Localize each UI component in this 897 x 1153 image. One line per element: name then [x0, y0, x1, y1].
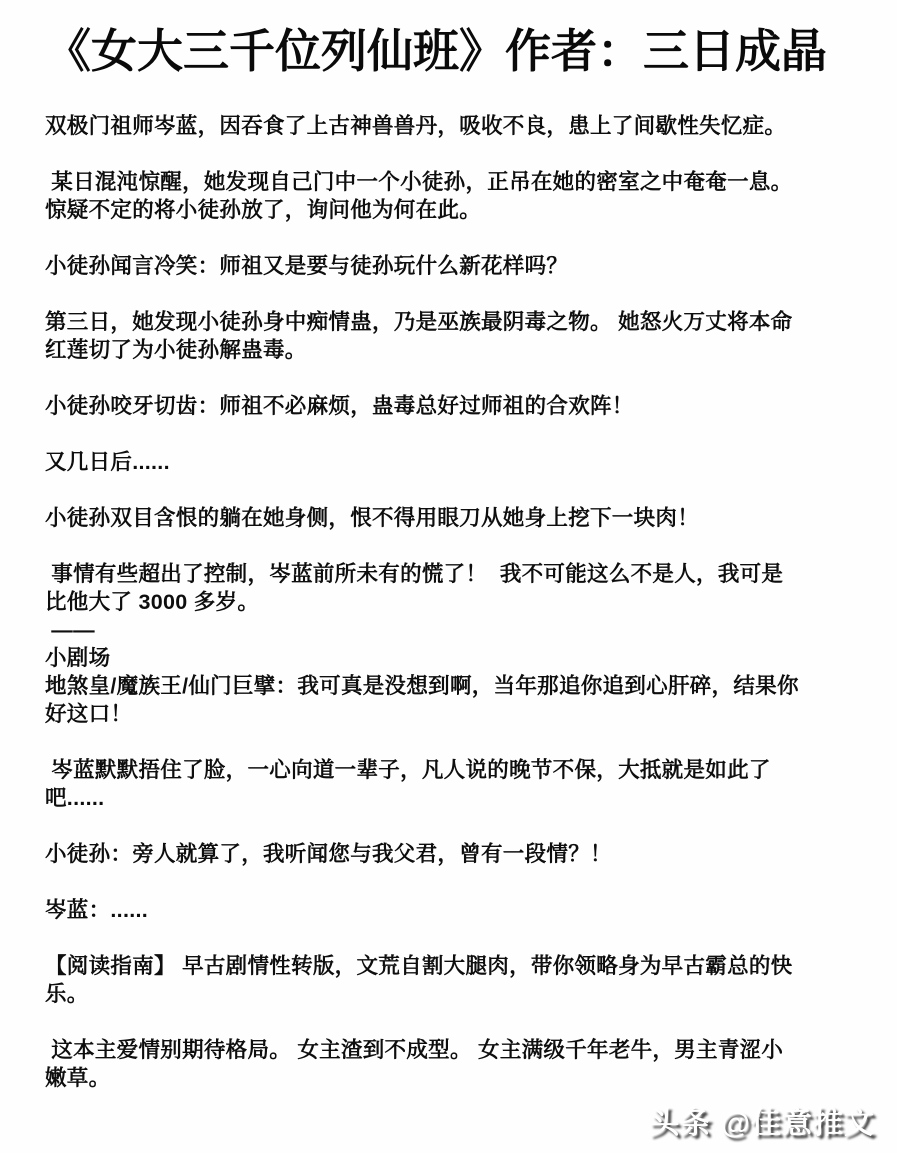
story-paragraph: 小徒孙双目含恨的躺在她身侧，恨不得用眼刀从她身上挖下一块肉！ [45, 504, 827, 532]
paragraph-line: 【阅读指南】 早古剧情性转版，文荒自割大腿肉，带你领略身为早古霸总的快 [45, 952, 827, 980]
paragraph-line: —— [45, 616, 827, 644]
story-body: 双极门祖师岑蓝，因吞食了上古神兽兽丹，吸收不良，患上了间歇性失忆症。 某日混沌惊… [45, 112, 827, 1092]
paragraph-line: 吧...... [45, 784, 827, 812]
paragraph-line: 小徒孙咬牙切齿：师祖不必麻烦，蛊毒总好过师祖的合欢阵！ [45, 392, 827, 420]
story-paragraph: 这本主爱情别期待格局。 女主渣到不成型。 女主满级千年老牛，男主青涩小嫩草。 [45, 1036, 827, 1092]
story-paragraph: 岑蓝：...... [45, 896, 827, 924]
story-paragraph: 某日混沌惊醒，她发现自己门中一个小徒孙，正吊在她的密室之中奄奄一息。惊疑不定的将… [45, 168, 827, 224]
paragraph-line: 岑蓝：...... [45, 896, 827, 924]
story-paragraph: 岑蓝默默捂住了脸，一心向道一辈子，凡人说的晚节不保，大抵就是如此了吧...... [45, 756, 827, 812]
page-title: 《女大三千位列仙班》作者：三日成晶 [45, 22, 827, 80]
paragraph-line: 双极门祖师岑蓝，因吞食了上古神兽兽丹，吸收不良，患上了间歇性失忆症。 [45, 112, 827, 140]
story-paragraph: 小徒孙闻言冷笑：师祖又是要与徒孙玩什么新花样吗？ [45, 252, 827, 280]
story-paragraph: 小徒孙：旁人就算了，我听闻您与我父君，曾有一段情？！ [45, 840, 827, 868]
story-paragraph: 【阅读指南】 早古剧情性转版，文荒自割大腿肉，带你领略身为早古霸总的快乐。 [45, 952, 827, 1008]
paragraph-line: 小徒孙：旁人就算了，我听闻您与我父君，曾有一段情？！ [45, 840, 827, 868]
paragraph-line: 比他大了 3000 多岁。 [45, 588, 827, 616]
story-paragraph: 又几日后...... [45, 448, 827, 476]
paragraph-line: 事情有些超出了控制，岑蓝前所未有的慌了！ 我不可能这么不是人，我可是 [45, 560, 827, 588]
paragraph-line: 小剧场 [45, 644, 827, 672]
paragraph-line: 小徒孙闻言冷笑：师祖又是要与徒孙玩什么新花样吗？ [45, 252, 827, 280]
paragraph-line: 这本主爱情别期待格局。 女主渣到不成型。 女主满级千年老牛，男主青涩小 [45, 1036, 827, 1064]
paragraph-line: 乐。 [45, 980, 827, 1008]
paragraph-line: 地煞皇/魔族王/仙门巨擘：我可真是没想到啊，当年那追你追到心肝碎，结果你 [45, 672, 827, 700]
paragraph-line: 又几日后...... [45, 448, 827, 476]
story-paragraph: 双极门祖师岑蓝，因吞食了上古神兽兽丹，吸收不良，患上了间歇性失忆症。 [45, 112, 827, 140]
story-paragraph: 事情有些超出了控制，岑蓝前所未有的慌了！ 我不可能这么不是人，我可是比他大了 3… [45, 560, 827, 728]
paragraph-line: 某日混沌惊醒，她发现自己门中一个小徒孙，正吊在她的密室之中奄奄一息。 [45, 168, 827, 196]
watermark: 头条 @佳意推文 [649, 1107, 875, 1141]
paragraph-line: 岑蓝默默捂住了脸，一心向道一辈子，凡人说的晚节不保，大抵就是如此了 [45, 756, 827, 784]
paragraph-line: 惊疑不定的将小徒孙放了，询问他为何在此。 [45, 196, 827, 224]
story-paragraph: 第三日，她发现小徒孙身中痴情蛊，乃是巫族最阴毒之物。 她怒火万丈将本命红莲切了为… [45, 308, 827, 364]
document-page: 《女大三千位列仙班》作者：三日成晶 双极门祖师岑蓝，因吞食了上古神兽兽丹，吸收不… [0, 0, 897, 1153]
story-paragraph: 小徒孙咬牙切齿：师祖不必麻烦，蛊毒总好过师祖的合欢阵！ [45, 392, 827, 420]
paragraph-line: 第三日，她发现小徒孙身中痴情蛊，乃是巫族最阴毒之物。 她怒火万丈将本命 [45, 308, 827, 336]
paragraph-line: 好这口！ [45, 700, 827, 728]
paragraph-line: 小徒孙双目含恨的躺在她身侧，恨不得用眼刀从她身上挖下一块肉！ [45, 504, 827, 532]
paragraph-line: 嫩草。 [45, 1064, 827, 1092]
paragraph-line: 红莲切了为小徒孙解蛊毒。 [45, 336, 827, 364]
